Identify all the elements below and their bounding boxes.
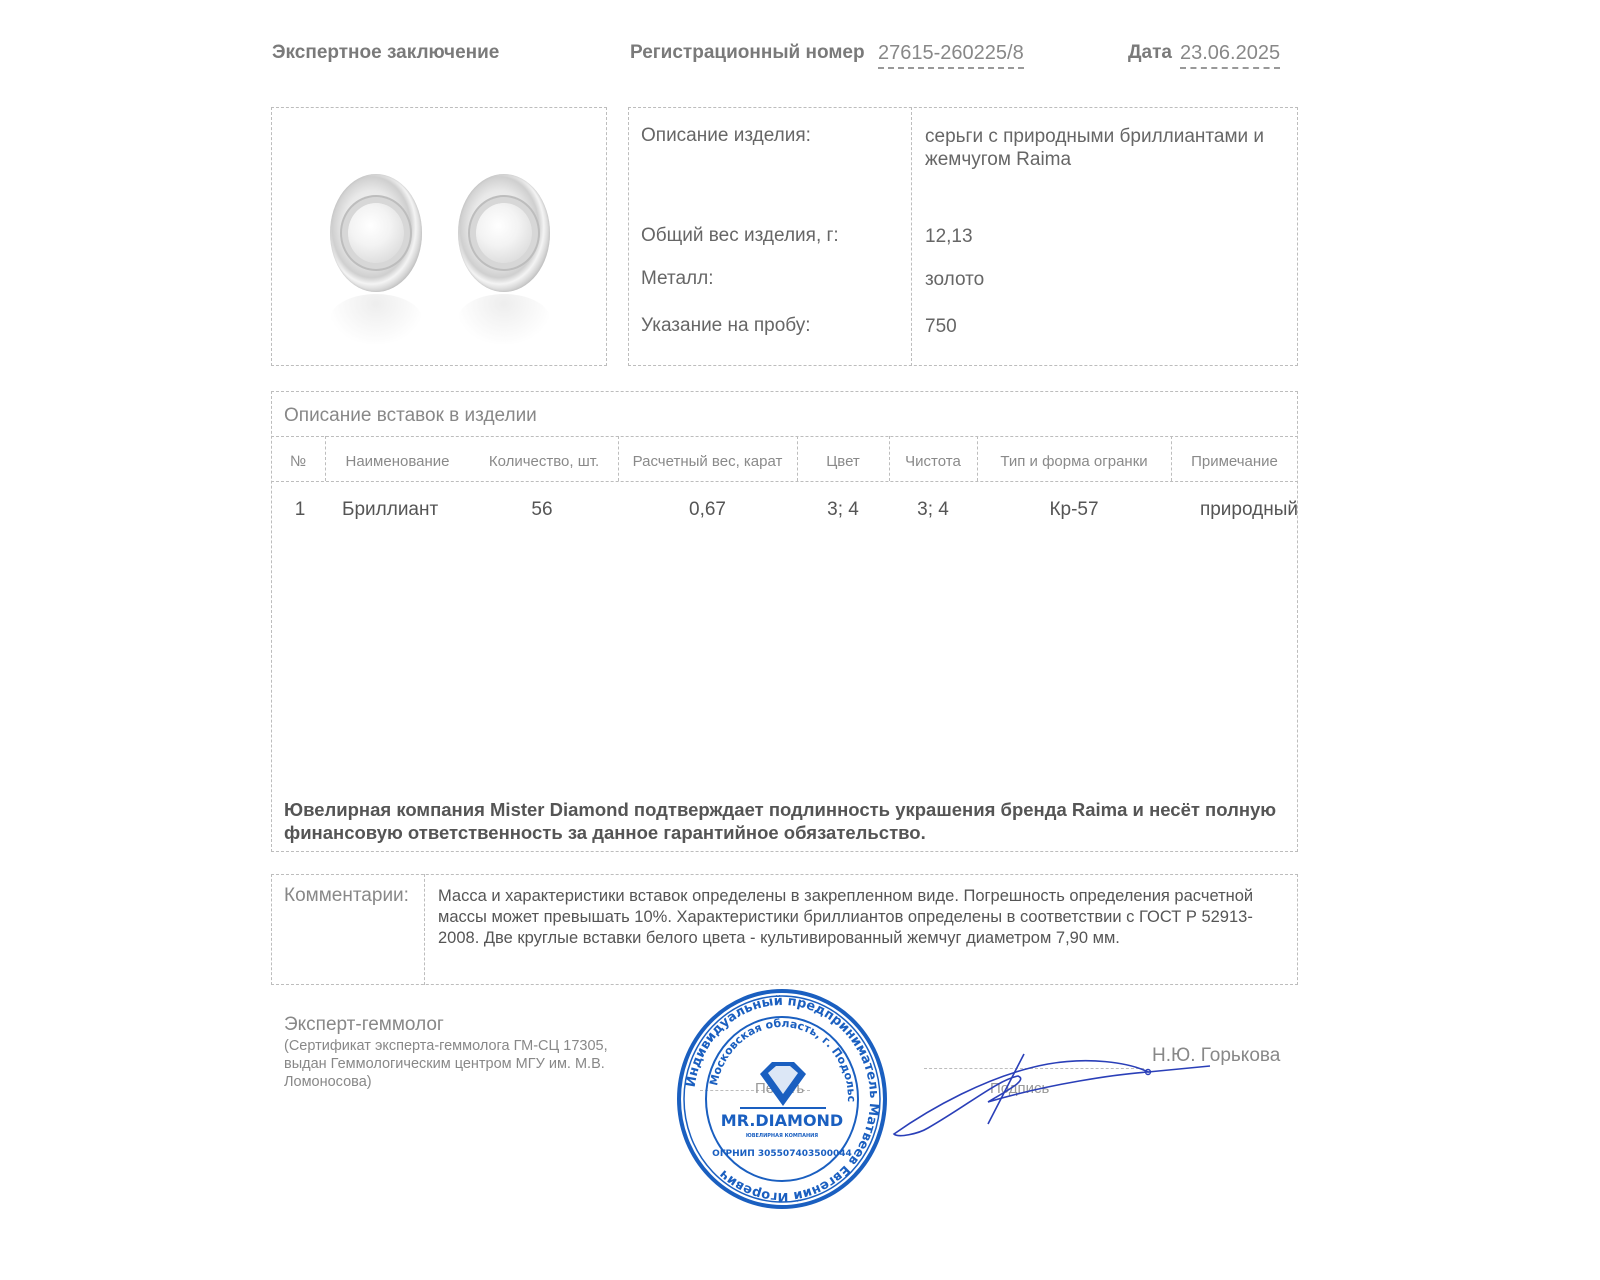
date-label: Дата — [1128, 42, 1172, 64]
comments-label: Комментарии: — [284, 885, 409, 907]
property-label-metal: Металл: — [641, 268, 713, 290]
property-label-description: Описание изделия: — [641, 125, 811, 147]
company-stamp-icon: Индивидуальный предприниматель Матвеев Е… — [676, 988, 888, 1210]
document-title: Экспертное заключение — [272, 42, 499, 64]
column-header-note: Примечание — [1171, 453, 1298, 470]
property-label-weight: Общий вес изделия, г: — [641, 225, 839, 247]
cell-color: 3; 4 — [797, 499, 889, 521]
column-header-number: № — [271, 453, 325, 470]
comments-text: Масса и характеристики вставок определен… — [438, 886, 1293, 949]
cell-weight: 0,67 — [618, 499, 797, 521]
property-value-metal: золото — [925, 268, 1290, 291]
property-value-weight: 12,13 — [925, 225, 1290, 248]
cell-number: 1 — [271, 499, 329, 521]
signature-icon — [888, 1050, 1218, 1140]
column-header-cut: Тип и форма огранки — [977, 453, 1171, 470]
column-header-name: Наименование — [325, 453, 470, 470]
property-value-hallmark: 750 — [925, 315, 1290, 338]
cell-clarity: 3; 4 — [889, 499, 977, 521]
svg-text:ОГРНИП 305507403500044: ОГРНИП 305507403500044 — [712, 1149, 852, 1159]
properties-divider — [911, 107, 912, 366]
property-label-hallmark: Указание на пробу: — [641, 315, 811, 337]
column-header-color: Цвет — [797, 453, 889, 470]
column-header-quantity: Количество, шт. — [470, 453, 618, 470]
earring-right-image — [458, 174, 550, 292]
table-header-top-border — [271, 436, 1298, 437]
svg-text:ЮВЕЛИРНАЯ КОМПАНИЯ: ЮВЕЛИРНАЯ КОМПАНИЯ — [746, 1133, 818, 1139]
column-header-clarity: Чистота — [889, 453, 977, 470]
date-value: 23.06.2025 — [1180, 42, 1280, 69]
column-header-weight: Расчетный вес, карат — [618, 453, 797, 470]
earring-left-image — [330, 174, 422, 292]
registration-number-label: Регистрационный номер — [630, 42, 865, 64]
inserts-title: Описание вставок в изделии — [284, 405, 537, 427]
table-header-bottom-border — [271, 481, 1298, 482]
expert-title: Эксперт-геммолог — [284, 1014, 444, 1036]
property-value-description: серьги с природными бриллиантами и жемчу… — [925, 125, 1290, 171]
svg-text:MR.DIAMOND: MR.DIAMOND — [721, 1111, 843, 1130]
expert-certificate: (Сертификат эксперта-геммолога ГМ-СЦ 173… — [284, 1037, 654, 1091]
guarantee-statement: Ювелирная компания Mister Diamond подтве… — [284, 798, 1294, 844]
comments-divider — [424, 874, 425, 985]
registration-number-value: 27615-260225/8 — [878, 42, 1024, 69]
cell-name: Бриллиант — [342, 499, 438, 521]
cell-quantity: 56 — [470, 499, 614, 521]
cell-note: природный — [1171, 499, 1298, 521]
product-photo — [271, 107, 607, 366]
cell-cut: Кр-57 — [977, 499, 1171, 521]
